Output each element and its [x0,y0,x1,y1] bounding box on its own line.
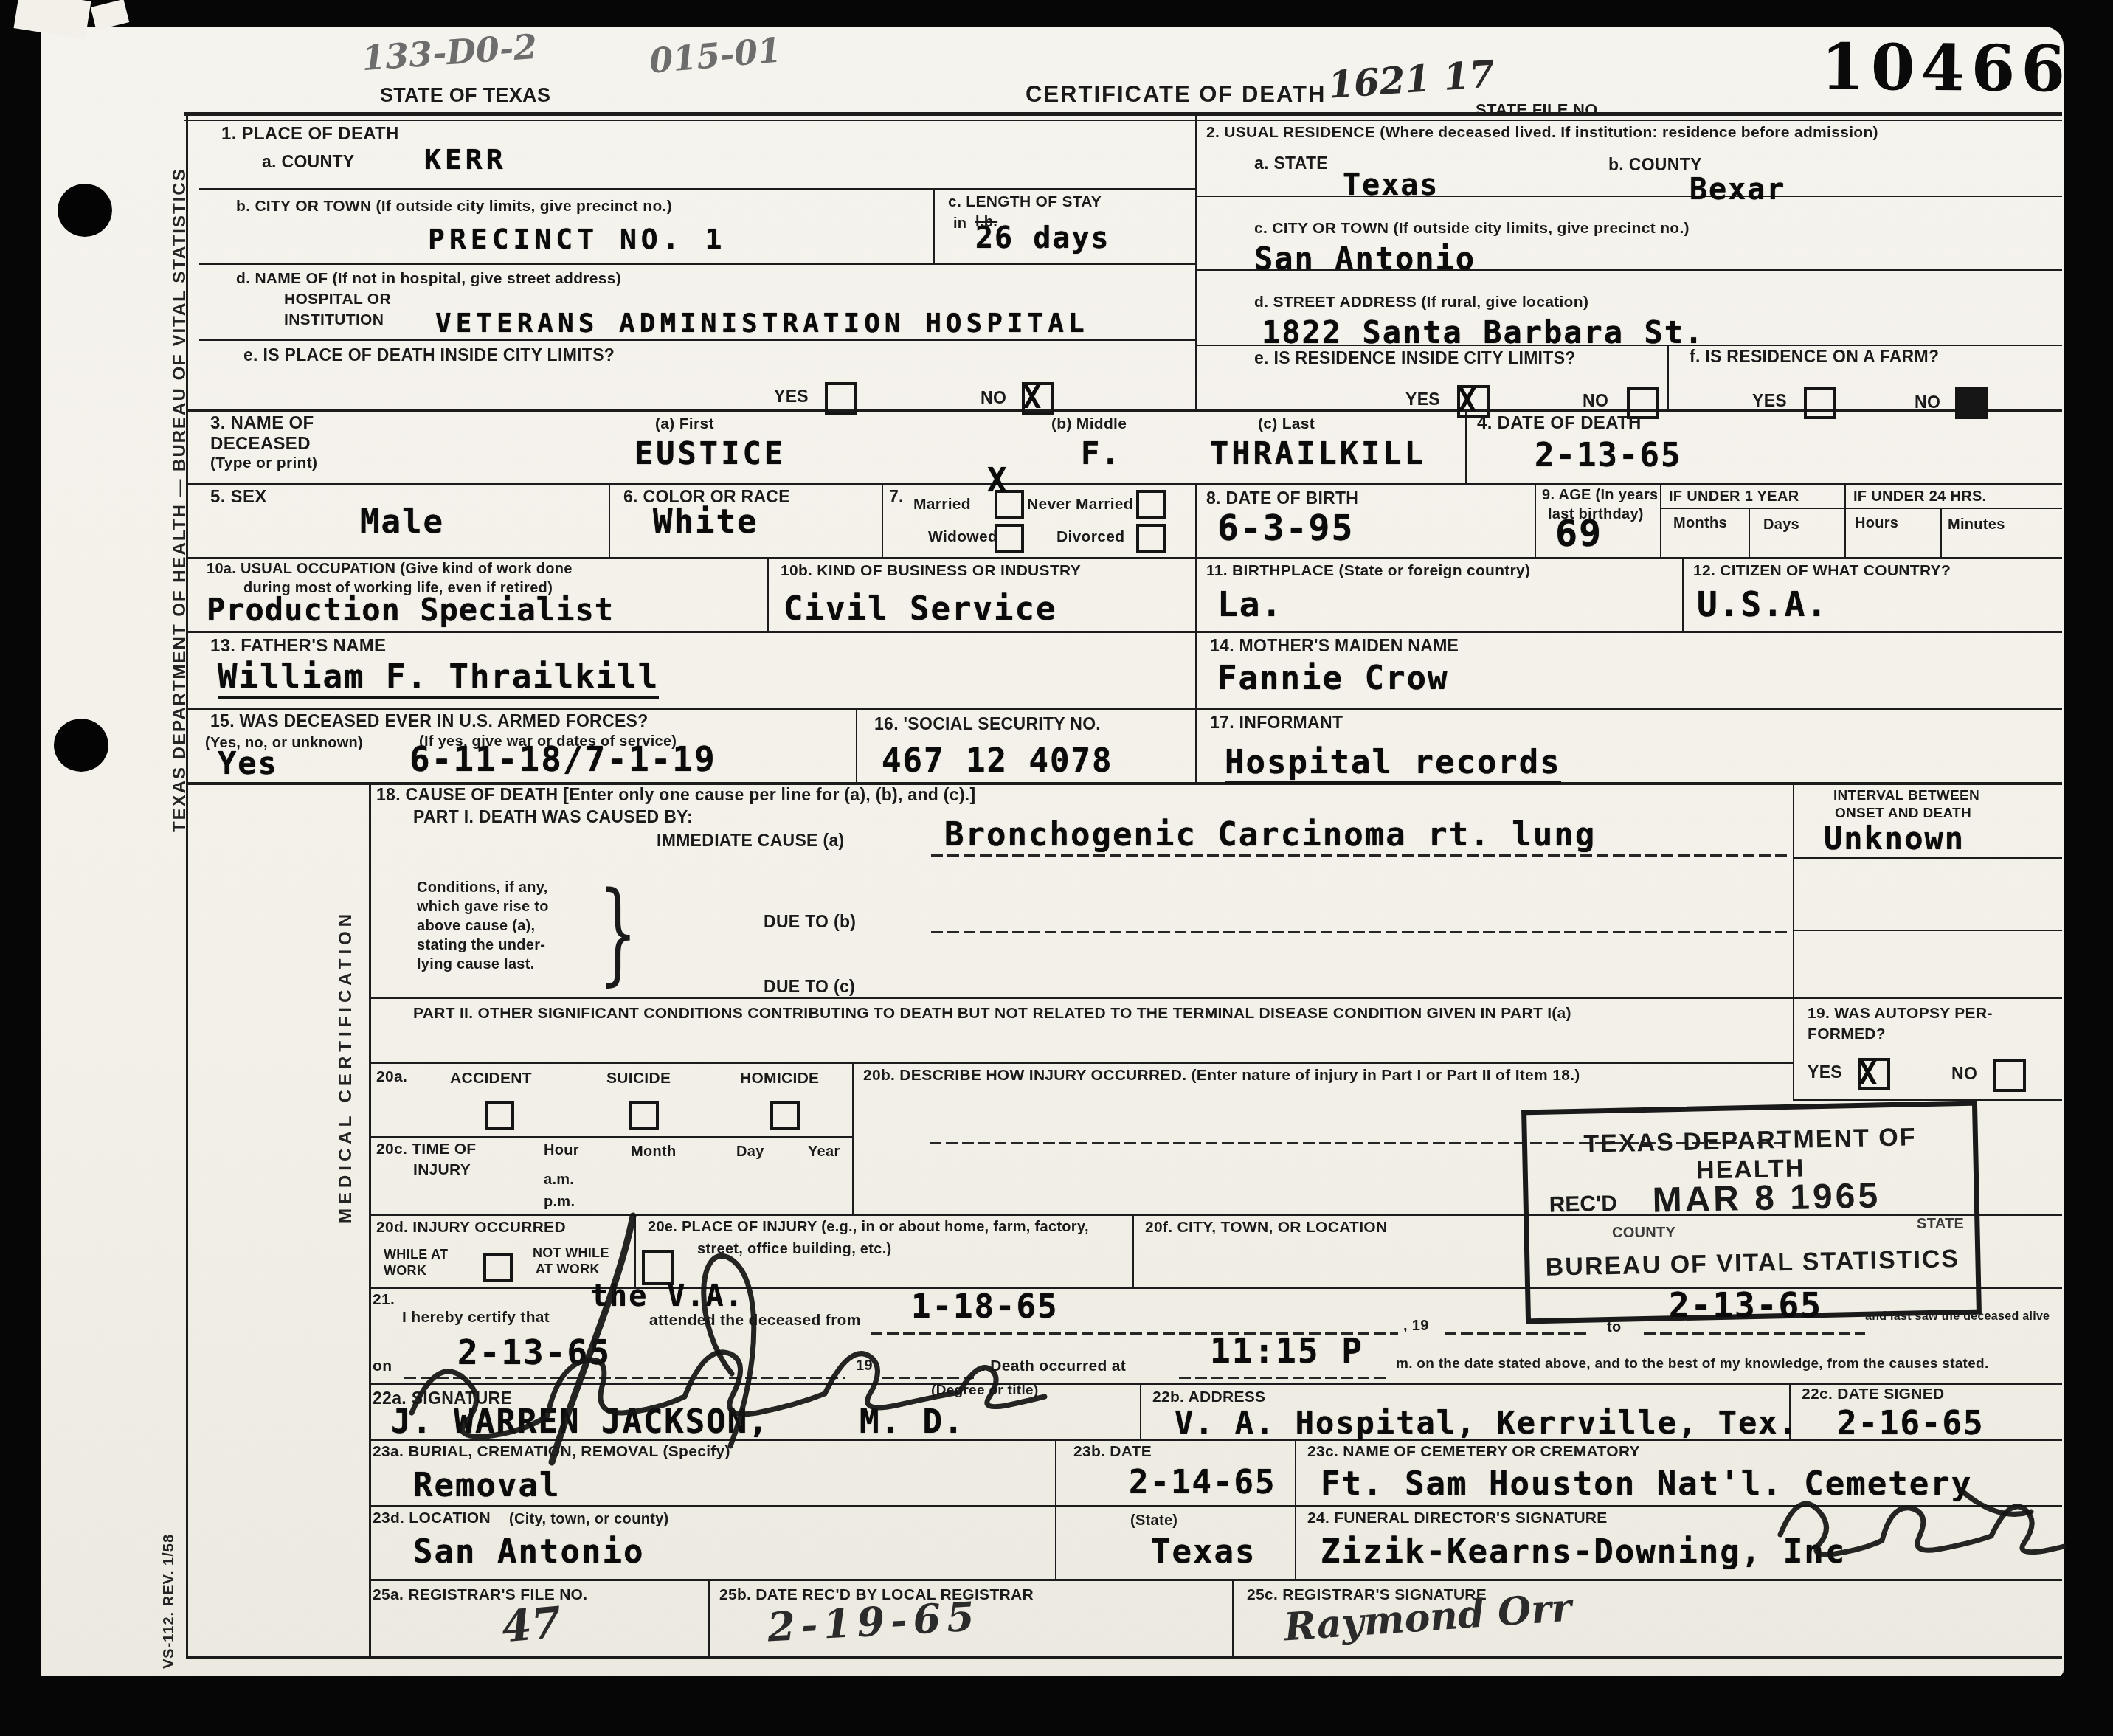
s1-city-limits-label: e. IS PLACE OF DEATH INSIDE CITY LIMITS? [243,345,615,365]
s1-stay-value: 26 days [975,221,1110,255]
s7-married-label: Married [913,496,971,513]
grid-line [1140,1383,1141,1439]
s3-label: (Type or print) [210,454,317,472]
s18-conditions-note: Conditions, if any, [417,879,548,896]
s2-farm-no-label: NO [1915,392,1940,412]
s18-conditions-note: lying cause last. [417,956,535,973]
state-file-no-label: STATE FILE NO. [1476,100,1602,120]
s22b-value: V. A. Hospital, Kerrville, Tex. [1175,1405,1799,1441]
grid-line [1793,782,1794,1099]
s1-hospital-label: HOSPITAL OR [284,291,391,308]
s14-value: Fannie Crow [1217,660,1448,697]
s20b-label: 20b. DESCRIBE HOW INJURY OCCURRED. (Ente… [863,1067,1580,1085]
grid-line [1682,557,1684,631]
s22b-label: 22b. ADDRESS [1152,1389,1265,1406]
s2-farm-label: f. IS RESIDENCE ON A FARM? [1690,347,1939,367]
s1-no-checkbox: X [1022,382,1054,415]
checkbox-x-mark: X [1023,379,1041,415]
s20-homicide-label: HOMICIDE [740,1070,819,1087]
s15-label: 15. WAS DECEASED EVER IN U.S. ARMED FORC… [210,711,649,731]
s19-yes-label: YES [1808,1062,1842,1082]
s10a-label: 10a. USUAL OCCUPATION (Give kind of work… [207,561,573,578]
grid-line [186,708,2062,710]
s13-value: William F. Thrailkill [218,658,659,699]
stamp-date: MAR 8 1965 [1652,1175,1881,1220]
s16-label: 16. 'SOCIAL SECURITY NO. [874,714,1101,734]
s1-stay-in-label: in [953,215,966,232]
s4-label: 4. DATE OF DEATH [1477,413,1642,434]
s19-no-label: NO [1951,1064,1977,1084]
s24-label: 24. FUNERAL DIRECTOR'S SIGNATURE [1307,1510,1608,1527]
s7-label: 7. [889,487,904,507]
grid-line [852,1062,854,1214]
grid-line [186,112,188,1659]
grid-line [199,339,1195,341]
s23a-label: 23a. BURIAL, CREMATION, REMOVAL (Specify… [373,1443,730,1461]
s23-state-sub-label: (State) [1130,1512,1177,1529]
grid-line [1749,508,1750,557]
s10b-value: Civil Service [784,590,1056,628]
grid-line [199,188,1195,190]
grid-line [1295,1439,1296,1579]
s2-street-label: d. STREET ADDRESS (If rural, give locati… [1254,294,1588,311]
grid-line [1132,1214,1134,1287]
grid-line [1660,483,1661,557]
s7-married-x-mark: X [987,462,1009,499]
s22c-label: 22c. DATE SIGNED [1802,1386,1944,1403]
s23d-label: 23d. LOCATION [373,1510,491,1527]
s20f-label: 20f. CITY, TOWN, OR LOCATION [1145,1219,1387,1237]
s19-yes-checkbox: X [1858,1058,1890,1090]
grid-line [1793,930,2062,931]
s7-never-married-label: Never Married [1027,496,1133,513]
s9-under1-label: IF UNDER 1 YEAR [1669,488,1799,505]
s2-county-value: Bexar [1690,173,1785,207]
grid-line [856,708,857,782]
s18-interval-label: ONSET AND DEATH [1835,806,1971,822]
grid-line [1660,508,2062,509]
s16-value: 467 12 4078 [882,742,1113,780]
s23b-value: 2-14-65 [1129,1464,1276,1501]
s2-county-label: b. COUNTY [1608,155,1702,175]
s18-conditions-note: which gave rise to [417,899,549,916]
grid-line [1465,409,1467,483]
s18-interval-value: Unknown [1824,820,1965,857]
s20c-hour-label: Hour [544,1142,579,1159]
s1-hospital-value: VETERANS ADMINISTRATION HOSPITAL [435,308,1089,339]
s7-divorced-checkbox [1136,524,1166,553]
s8-label: 8. DATE OF BIRTH [1206,488,1358,508]
grid-line [186,1656,2062,1659]
s7-widowed-checkbox [995,524,1024,553]
s9-hours-label: Hours [1855,515,1898,532]
s1-yes-label: YES [774,387,809,407]
s9-days-label: Days [1763,516,1799,533]
s20a-label: 20a. [376,1068,407,1086]
grid-line [933,188,935,263]
s1-county-label: a. COUNTY [262,152,354,172]
s12-value: U.S.A. [1697,584,1828,624]
s18-part1-label: PART I. DEATH WAS CAUSED BY: [413,807,693,827]
s2-yes-label: YES [1405,390,1440,409]
s17-value: Hospital records [1225,744,1561,784]
grid-line [882,483,883,557]
s17-label: 17. INFORMANT [1210,713,1343,733]
s18-immediate-value: Bronchogenic Carcinoma rt. lung [944,816,1596,854]
s3-label: 3. NAME OF [210,413,314,434]
s3-first-label: (a) First [655,415,714,433]
grid-line [369,782,371,1659]
grid-line [708,1579,710,1656]
s23d-value: San Antonio [413,1533,644,1571]
s19-label: 19. WAS AUTOPSY PER- [1808,1005,1993,1023]
s14-label: 14. MOTHER'S MAIDEN NAME [1210,636,1459,656]
s7-never-married-checkbox [1136,490,1166,519]
s21-19-label: , 19 [1403,1318,1429,1335]
s6-value: White [653,503,758,541]
s21-tail-label: m. on the date stated above, and to the … [1396,1356,1989,1372]
entry-line [1644,1332,1865,1335]
s12-label: 12. CITIZEN OF WHAT COUNTRY? [1693,562,1951,580]
state-of-texas-label: STATE OF TEXAS [380,84,550,107]
s18-immediate-label: IMMEDIATE CAUSE (a) [657,831,844,851]
s7-widowed-label: Widowed [928,528,997,546]
s3-first-value: EUSTICE [634,435,786,471]
s1-city-label: b. CITY OR TOWN (If outside city limits,… [236,198,672,215]
grid-line [609,483,610,557]
grid-line [184,120,2062,121]
s3-middle-value: F. [1081,435,1121,471]
scanned-death-certificate: 133-D0-2 015-01 STATE OF TEXAS CERTIFICA… [0,0,2113,1736]
s21-time-value: 11:15 P [1210,1331,1363,1371]
s2-street-value: 1822 Santa Barbara St. [1262,314,1704,350]
s21-to-label: to [1607,1319,1621,1336]
s2-no-label: NO [1583,391,1608,411]
grid-line [1793,857,2062,859]
grid-line [184,112,2062,116]
s2-state-label: a. STATE [1254,153,1328,173]
s1-hospital-label: INSTITUTION [284,311,384,329]
grid-line [1055,1439,1056,1579]
s2-city-value: San Antonio [1254,241,1476,277]
grid-line [1940,508,1942,557]
grid-line [1667,345,1669,409]
grid-line [369,1579,2062,1581]
s4-value: 2-13-65 [1535,437,1681,474]
s10b-label: 10b. KIND OF BUSINESS OR INDUSTRY [781,562,1081,580]
s21-to-date-value: 2-13-65 [1669,1285,1822,1325]
s20-homicide-checkbox [770,1101,800,1130]
punch-hole [54,719,108,772]
s23a-value: Removal [413,1467,560,1504]
s20c-label: INJURY [413,1161,471,1179]
s3-last-label: (c) Last [1258,415,1315,433]
s9-value: 69 [1555,512,1602,555]
s5-label: 5. SEX [210,487,267,508]
s7-divorced-label: Divorced [1056,528,1124,546]
s20-suicide-label: SUICIDE [606,1070,671,1087]
s18-conditions-note: stating the under- [417,937,545,954]
grid-line [369,997,2062,999]
certificate-number: 10466 [1820,30,2071,107]
grid-line [186,483,2062,485]
s18-interval-label: INTERVAL BETWEEN [1833,788,1979,804]
entry-line [1179,1377,1389,1379]
s20c-month-label: Month [631,1144,676,1161]
s9-under24-label: IF UNDER 24 HRS. [1853,488,1986,505]
s1-hospital-label: d. NAME OF (If not in hospital, give str… [236,270,621,288]
s3-last-value: THRAILKILL [1210,435,1426,471]
entry-line [931,931,1789,933]
s1-no-label: NO [981,388,1006,408]
s20c-label: 20c. TIME OF [376,1141,476,1158]
s20c-day-label: Day [736,1144,764,1161]
s19-label: FORMED? [1808,1026,1886,1043]
s23b-label: 23b. DATE [1073,1443,1152,1461]
grid-line [1793,1099,2062,1101]
torn-paper-edge [14,0,91,39]
grid-line [1232,1579,1234,1656]
grid-line [186,557,2062,559]
s23d-sub-label: (City, town, or county) [509,1511,669,1528]
s11-value: La. [1217,584,1283,624]
s5-value: Male [360,503,444,541]
stamp-recd-label: REC'D [1549,1192,1617,1218]
s11-label: 11. BIRTHPLACE (State or foreign country… [1206,562,1530,580]
s13-label: 13. FATHER'S NAME [210,636,386,657]
s2-city-limits-label: e. IS RESIDENCE INSIDE CITY LIMITS? [1254,348,1576,368]
s1-county-value: KERR [424,143,507,176]
s3-middle-label: (b) Middle [1051,415,1127,433]
s18-conditions-note: above cause (a), [417,918,535,935]
margin-form-number: VS-112. REV. 1/58 [161,1534,178,1669]
grid-line [1844,483,1846,557]
stamp-bureau-line: BUREAU OF VITAL STATISTICS [1529,1245,1976,1283]
s20-suicide-checkbox [629,1101,659,1130]
s9-minutes-label: Minutes [1948,516,2005,533]
s1-city-value: PRECINCT NO. 1 [428,223,726,255]
s21-last-saw-label: and last saw the deceased alive [1865,1310,2050,1324]
certificate-title: CERTIFICATE OF DEATH [1026,81,1326,108]
s22c-value: 2-16-65 [1837,1405,1984,1442]
funeral-director-signature [1767,1464,2066,1575]
s1-title: 1. PLACE OF DEATH [221,124,399,145]
s20-accident-label: ACCIDENT [450,1070,532,1087]
s2-city-label: c. CITY OR TOWN (If outside city limits,… [1254,220,1690,238]
s15-value-yes: Yes [218,745,278,781]
s23c-label: 23c. NAME OF CEMETERY OR CREMATORY [1307,1443,1640,1461]
s19-no-checkbox [1993,1059,2026,1092]
entry-line [931,854,1789,857]
s23-state-value: Texas [1151,1533,1256,1571]
punch-hole [58,184,112,237]
s2-farm-yes-label: YES [1752,391,1787,411]
grid-line [1195,483,1197,782]
torn-paper-edge [91,0,129,30]
s9-months-label: Months [1673,515,1727,532]
grid-line [767,557,769,631]
s18-label: 18. CAUSE OF DEATH [Enter only one cause… [376,785,976,805]
s18-due-b-label: DUE TO (b) [764,912,856,932]
entry-line [1445,1332,1590,1335]
grid-line [199,263,1195,265]
s18-part2-label: PART II. OTHER SIGNIFICANT CONDITIONS CO… [413,1005,1571,1023]
s9-label: 9. AGE (In years [1542,487,1658,504]
s20c-am-label: a.m. [544,1172,574,1189]
s20-accident-checkbox [485,1101,514,1130]
s20c-year-label: Year [808,1144,840,1161]
s2-title: 2. USUAL RESIDENCE (Where deceased lived… [1206,124,1878,142]
s1-stay-label: c. LENGTH OF STAY [948,193,1102,211]
s18-due-c-label: DUE TO (c) [764,977,855,997]
s2-farm-yes-checkbox [1804,387,1836,419]
s8-value: 6-3-95 [1217,508,1354,549]
physician-signature [384,1203,1048,1483]
s3-label: DECEASED [210,434,311,454]
margin-medical-certification: MEDICAL CERTIFICATION [336,910,356,1223]
grid-line [1195,112,1197,409]
grid-line [369,1136,854,1138]
checkbox-x-mark: X [1858,1055,1877,1091]
checkbox-x-mark: X [1458,382,1476,418]
grid-line [1535,483,1536,557]
brace-glyph: } [598,869,637,997]
s2-state-value: Texas [1343,168,1439,202]
grid-line [1195,196,2062,197]
s2-farm-no-checkbox [1955,387,1988,419]
grid-line [369,1062,1794,1064]
s15-value-dates: 6-11-18/7-1-19 [409,739,716,779]
s10a-value: Production Specialist [207,592,614,628]
s1-yes-checkbox [825,382,857,415]
s25a-value: 47 [499,1597,563,1653]
grid-line [186,631,2062,633]
